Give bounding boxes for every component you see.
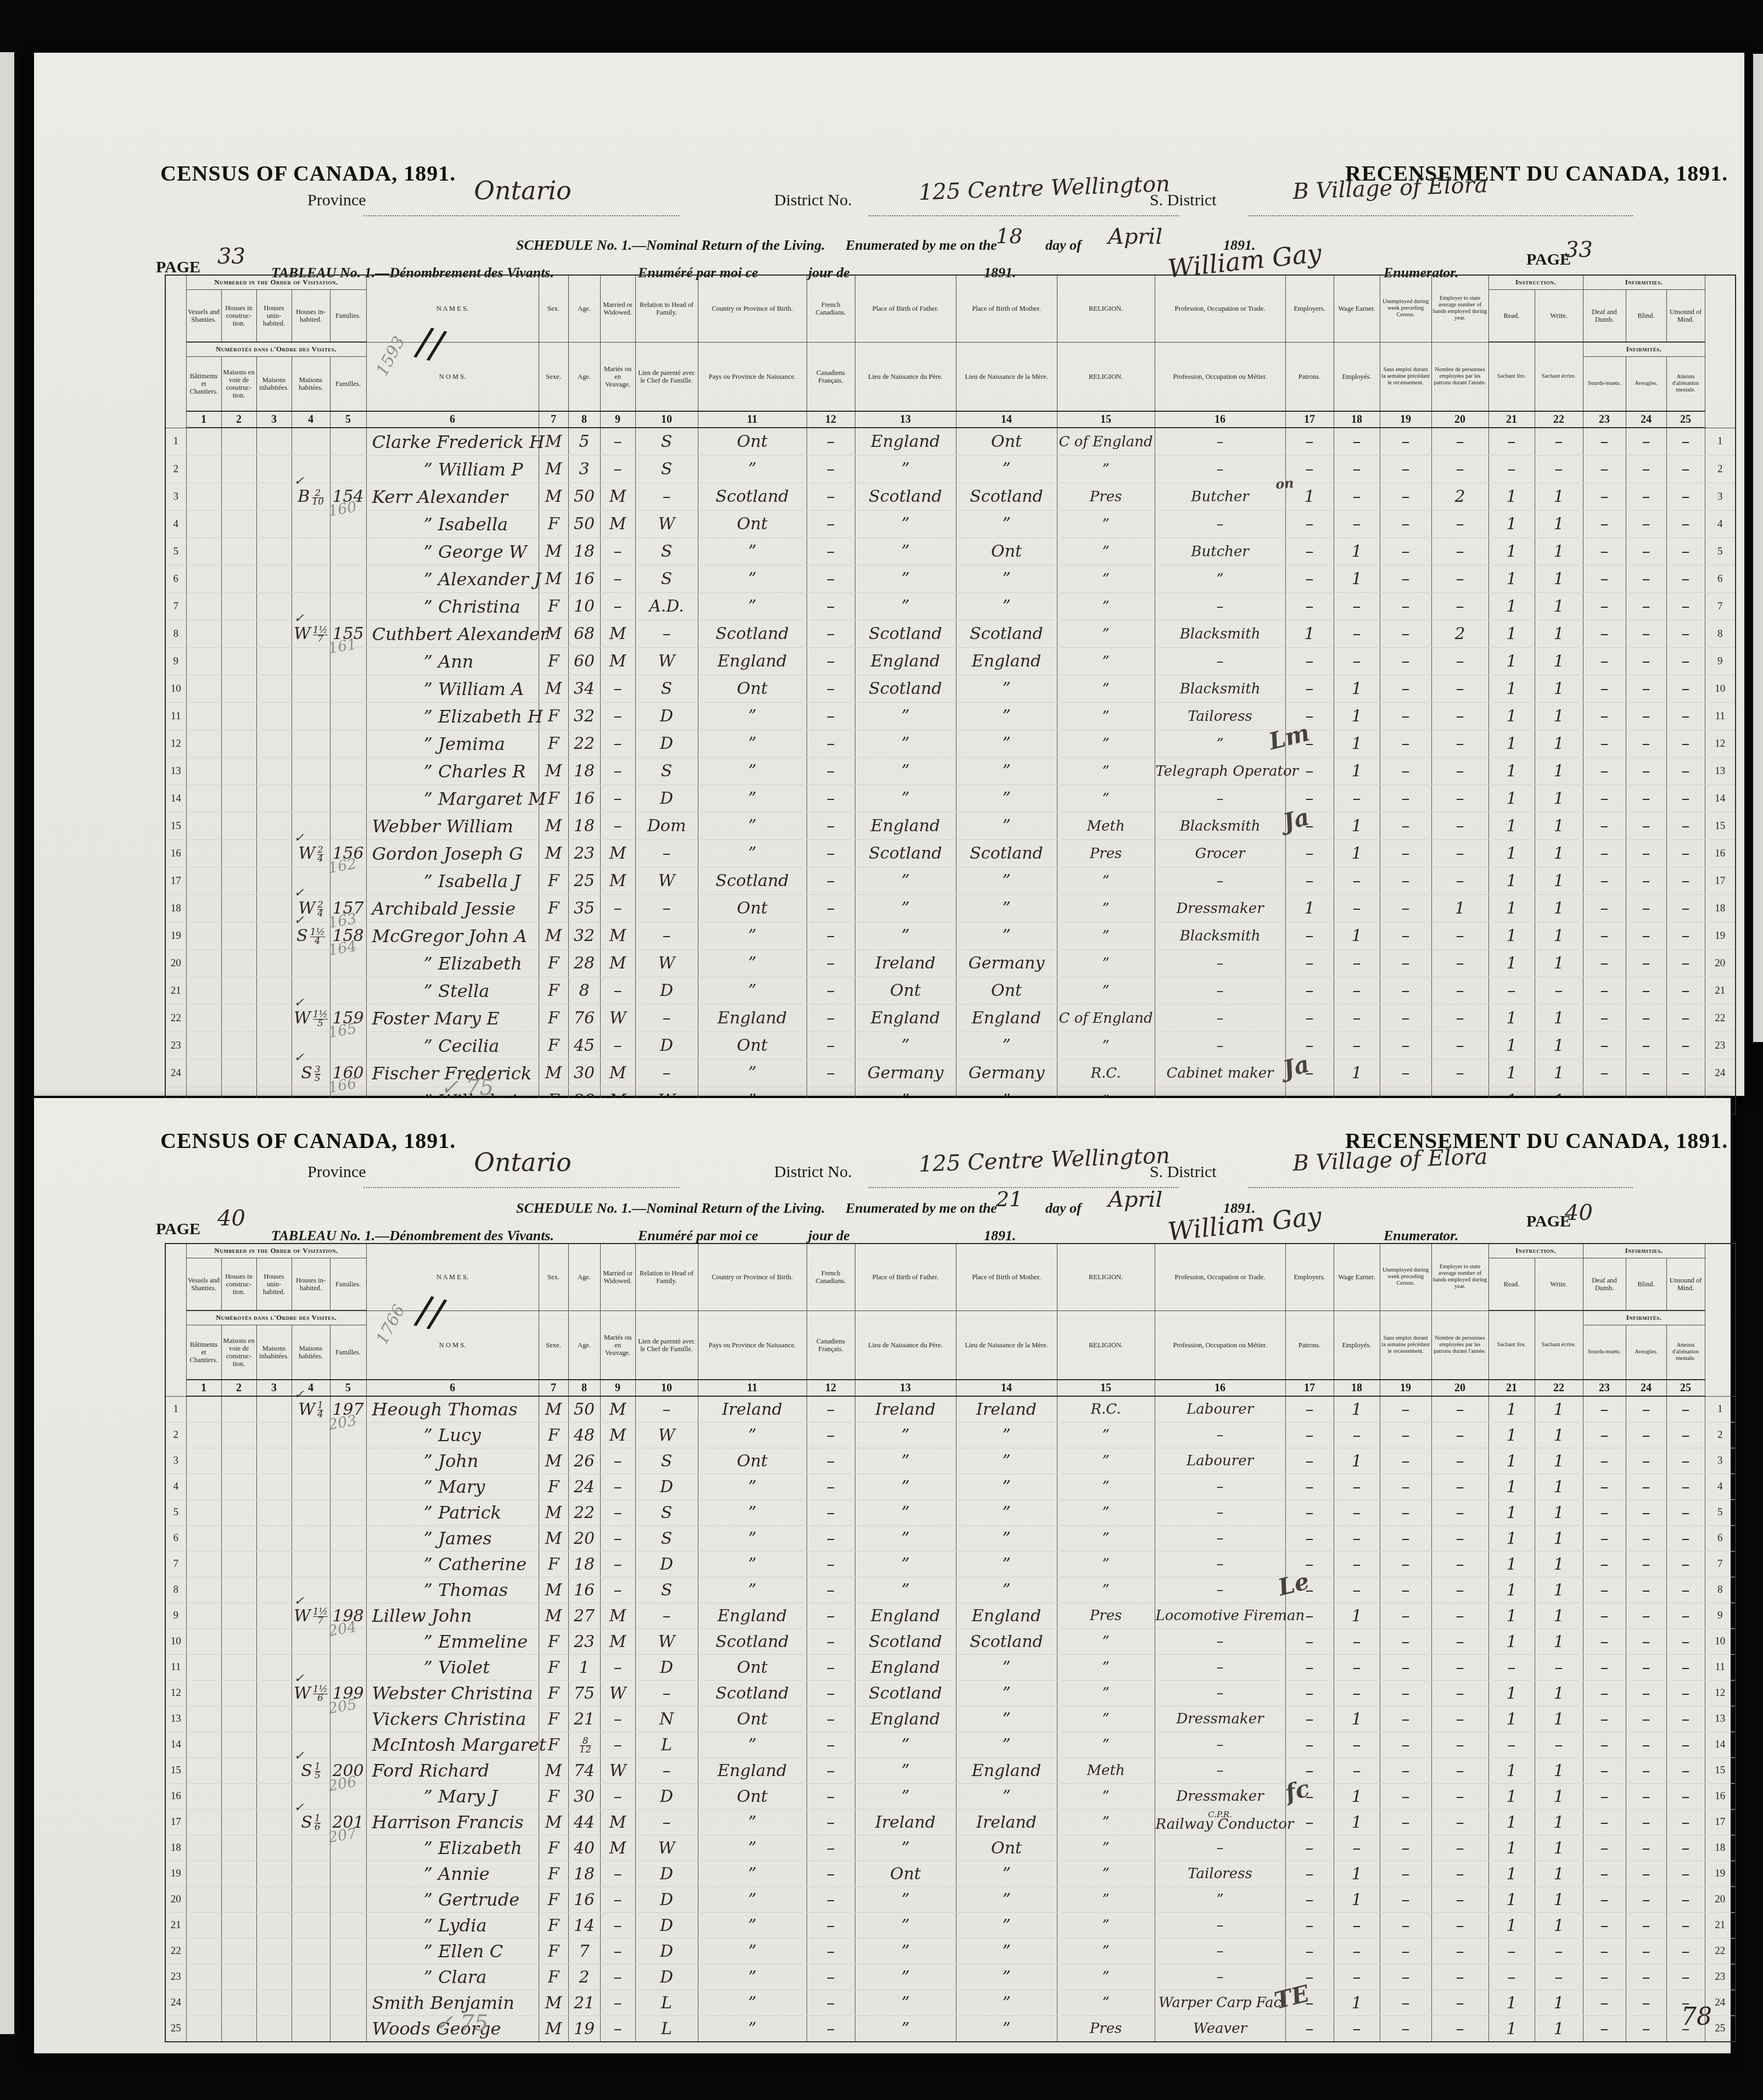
cell-age: 48: [568, 1423, 600, 1448]
cell-houses-uninhabited: [256, 950, 292, 977]
col-header-en-10: Relation to Head of Family.: [635, 1244, 698, 1311]
cell-blind: –: [1626, 1913, 1666, 1939]
page-number-left: 40: [217, 1206, 245, 1231]
cell-wage-earner: –: [1334, 2016, 1380, 2042]
scan-right-edge: [1753, 54, 1763, 1042]
cell-unemployed: –: [1380, 703, 1431, 730]
cell-employer: –: [1285, 1005, 1334, 1032]
cell-deaf-dumb: –: [1583, 1655, 1626, 1681]
cell-relation: S: [635, 456, 698, 483]
cell-religion: ”: [1057, 1706, 1155, 1732]
cell-married-widowed: –: [600, 675, 635, 703]
row-number-left: 12: [165, 1681, 186, 1706]
cell-vessels: [186, 1474, 221, 1500]
cell-religion: R.C.: [1057, 1396, 1155, 1423]
cell-houses-construction: [221, 785, 256, 813]
cell-houses-uninhabited: [256, 2016, 292, 2042]
table-row: 19✓S1½4158164McGregor John AM32M–”–”””Bl…: [165, 922, 1736, 950]
cell-houses-construction: [221, 1655, 256, 1681]
col-header-en-19: Unemployed during week preceding Census.: [1380, 275, 1431, 342]
cell-wage-earner: –: [1334, 1732, 1380, 1758]
cell-sex: F: [539, 895, 568, 922]
cell-houses-uninhabited: [256, 1706, 292, 1732]
cell-mother-birth: ”: [956, 1861, 1057, 1887]
cell-religion: ”: [1057, 1681, 1155, 1706]
col-number-14: 14: [956, 1380, 1057, 1396]
col-header-fr-14: Lieu de Naissance de la Mère.: [956, 1311, 1057, 1380]
cell-houses-construction: [221, 675, 256, 703]
house-value: S15: [301, 1761, 320, 1780]
cell-age: 16: [568, 1577, 600, 1603]
row-number-right: 14: [1705, 1732, 1736, 1758]
cell-profession: –: [1155, 785, 1285, 813]
cell-blind: –: [1626, 813, 1666, 840]
col-header-en-21: Read.: [1488, 289, 1535, 342]
cell-sex: F: [539, 1732, 568, 1758]
cell-blind: –: [1626, 1939, 1666, 1964]
col-header-fr-17: Patrons.: [1285, 342, 1334, 411]
cell-french-canadian: –: [807, 703, 855, 730]
cell-age: 16: [568, 1887, 600, 1913]
cell-relation: –: [635, 1758, 698, 1784]
cell-father-birth: ”: [855, 1990, 956, 2016]
group-visitation-fr: Numérotés dans l'Ordre des Visites.: [186, 1311, 366, 1325]
cell-employer: –: [1285, 593, 1334, 620]
cell-mother-birth: ”: [956, 1552, 1057, 1577]
cell-relation: W: [635, 511, 698, 538]
col-number-3: 3: [256, 411, 292, 428]
cell-deaf-dumb: –: [1583, 1784, 1626, 1810]
cell-houses-uninhabited: [256, 730, 292, 758]
row-number-gutter: [165, 275, 186, 428]
col-header-en-1: Vessels and Shanties.: [186, 289, 221, 342]
cell-religion: R.C.: [1057, 1060, 1155, 1087]
cell-blind: –: [1626, 950, 1666, 977]
cell-vessels: [186, 456, 221, 483]
cell-unemployed: –: [1380, 1964, 1431, 1990]
cell-birth-place: ”: [698, 1964, 807, 1990]
cell-sex: F: [539, 1032, 568, 1060]
cell-unsound-mind: –: [1666, 675, 1705, 703]
cell-deaf-dumb: –: [1583, 511, 1626, 538]
row-number-left: 21: [165, 1913, 186, 1939]
cell-unsound-mind: –: [1666, 1887, 1705, 1913]
cell-religion: ”: [1057, 703, 1155, 730]
cell-write: 1: [1535, 950, 1583, 977]
cell-married-widowed: –: [600, 1732, 635, 1758]
row-number-left: 21: [165, 977, 186, 1005]
col-number-22: 22: [1535, 411, 1583, 428]
cell-father-birth: England: [855, 1603, 956, 1629]
cell-mother-birth: ”: [956, 1423, 1057, 1448]
cell-birth-place: Ont: [698, 1784, 807, 1810]
subdistrict-value: B Village of Elora: [1247, 171, 1533, 206]
cell-blind: –: [1626, 1474, 1666, 1500]
cell-birth-place: England: [698, 1603, 807, 1629]
cell-vessels: [186, 1964, 221, 1990]
cell-houses-uninhabited: [256, 565, 292, 593]
cell-employer: –: [1285, 1732, 1334, 1758]
census-table-page-40: Numbered in the Order of Visitation.N A …: [165, 1243, 1736, 2042]
cell-family-number: [330, 1732, 366, 1758]
cell-birth-place: ”: [698, 922, 807, 950]
col-header-fr-9: Mariés ou en Veuvage.: [600, 1311, 635, 1380]
house-value: B210: [298, 487, 324, 506]
cell-unemployed: –: [1380, 895, 1431, 922]
row-number-right: 4: [1705, 511, 1736, 538]
cell-write: 1: [1535, 758, 1583, 785]
cell-unemployed: –: [1380, 620, 1431, 648]
cell-birth-place: ”: [698, 1423, 807, 1448]
cell-married-widowed: –: [600, 1500, 635, 1526]
cell-blind: –: [1626, 785, 1666, 813]
cell-father-birth: ”: [855, 1835, 956, 1861]
ruled-line: [363, 215, 679, 216]
row-number-right: 24: [1705, 1060, 1736, 1087]
col-header-fr-24: Aveu­gles.: [1626, 356, 1666, 411]
cell-read: 1: [1488, 840, 1535, 867]
cell-religion: ”: [1057, 922, 1155, 950]
house-entry: ✓W1½7: [292, 620, 330, 648]
cell-hands-employed: –: [1431, 1060, 1488, 1087]
col-number-9: 9: [600, 1380, 635, 1396]
fraction-bottom: 10: [312, 498, 324, 506]
cell-mother-birth: England: [956, 1603, 1057, 1629]
cell-wage-earner: 1: [1334, 813, 1380, 840]
col-header-fr-18: Employés.: [1334, 342, 1380, 411]
col-header-en-22: Write.: [1535, 1258, 1583, 1311]
cell-religion: ”: [1057, 1732, 1155, 1758]
cell-houses-uninhabited: [256, 1005, 292, 1032]
cell-mother-birth: ”: [956, 1706, 1057, 1732]
cell-deaf-dumb: –: [1583, 1964, 1626, 1990]
cell-deaf-dumb: –: [1583, 483, 1626, 511]
cell-houses-construction: [221, 730, 256, 758]
cell-relation: S: [635, 538, 698, 565]
cell-read: 1: [1488, 1681, 1535, 1706]
col-header-fr-11: Pays ou Province de Naissance.: [698, 342, 807, 411]
cell-age: 50: [568, 1396, 600, 1423]
row-number-right: 12: [1705, 730, 1736, 758]
cell-sex: F: [539, 1861, 568, 1887]
footer-tally-pencil: ✓ 75: [440, 1075, 494, 1100]
cell-age: 60: [568, 648, 600, 675]
cell-hands-employed: –: [1431, 703, 1488, 730]
cell-unsound-mind: –: [1666, 483, 1705, 511]
cell-mother-birth: Germany: [956, 950, 1057, 977]
cell-deaf-dumb: –: [1583, 785, 1626, 813]
col-number-23: 23: [1583, 1380, 1626, 1396]
row-number-left: 11: [165, 703, 186, 730]
fraction: 210: [312, 489, 324, 506]
row-number-right: 3: [1705, 483, 1736, 511]
cell-father-birth: Germany: [855, 1060, 956, 1087]
cell-unemployed: –: [1380, 840, 1431, 867]
row-number-gutter: [1705, 275, 1736, 428]
cell-vessels: [186, 1732, 221, 1758]
row-number-right: 12: [1705, 1681, 1736, 1706]
cell-hands-employed: –: [1431, 675, 1488, 703]
cell-houses-uninhabited: [256, 703, 292, 730]
cell-mother-birth: Ireland: [956, 1396, 1057, 1423]
cell-married-widowed: W: [600, 1681, 635, 1706]
row-number-right: 10: [1705, 675, 1736, 703]
table-row: 9” AnnF60MWEngland–EnglandEngland”–––––1…: [165, 648, 1736, 675]
cell-birth-place: ”: [698, 565, 807, 593]
col-number-18: 18: [1334, 1380, 1380, 1396]
cell-read: 1: [1488, 538, 1535, 565]
cell-vessels: [186, 593, 221, 620]
col-number-10: 10: [635, 411, 698, 428]
cell-married-widowed: –: [600, 1474, 635, 1500]
cell-name: ” John: [366, 1448, 539, 1474]
fraction-bottom: 12: [579, 1746, 591, 1754]
col-header-fr-14: Lieu de Naissance de la Mère.: [956, 342, 1057, 411]
cell-age: 21: [568, 1706, 600, 1732]
cell-hands-employed: –: [1431, 730, 1488, 758]
cell-married-widowed: –: [600, 1939, 635, 1964]
cell-unsound-mind: –: [1666, 703, 1705, 730]
cell-read: 1: [1488, 648, 1535, 675]
cell-vessels: [186, 538, 221, 565]
province-value: Ontario: [396, 1147, 649, 1177]
cell-mother-birth: Scotland: [956, 483, 1057, 511]
cell-hands-employed: –: [1431, 2016, 1488, 2042]
cell-age: 22: [568, 730, 600, 758]
row-number-left: 7: [165, 593, 186, 620]
house-entry: [292, 2016, 330, 2042]
cell-vessels: [186, 1835, 221, 1861]
cell-age: 68: [568, 620, 600, 648]
cell-blind: –: [1626, 1060, 1666, 1087]
group-infirmities-fr: Infirmités.: [1583, 1311, 1705, 1325]
cell-houses-construction: [221, 1990, 256, 2016]
cell-mother-birth: ”: [956, 1964, 1057, 1990]
province-value: Ontario: [396, 176, 649, 205]
cell-french-canadian: –: [807, 1474, 855, 1500]
cell-sex: M: [539, 1060, 568, 1087]
cell-french-canadian: –: [807, 1835, 855, 1861]
cell-wage-earner: –: [1334, 1500, 1380, 1526]
cell-name: ” Christina: [366, 593, 539, 620]
col-number-7: 7: [539, 1380, 568, 1396]
cell-unsound-mind: –: [1666, 813, 1705, 840]
row-number-left: 24: [165, 1060, 186, 1087]
cell-profession: Warper Carp FacTE: [1155, 1990, 1285, 2016]
cell-age: 30: [568, 1784, 600, 1810]
cell-unemployed: –: [1380, 675, 1431, 703]
cell-unemployed: –: [1380, 1939, 1431, 1964]
col-header-fr-3: Maisons in­habitées.: [256, 1325, 292, 1380]
col-header-en-20: Employer to state average number of hand…: [1431, 1244, 1488, 1311]
table-row: 12✓W1½6199205Webster ChristinaF75W–Scotl…: [165, 1681, 1736, 1706]
cell-age: 32: [568, 703, 600, 730]
row-number-right: 7: [1705, 593, 1736, 620]
row-number-left: 18: [165, 1835, 186, 1861]
cell-deaf-dumb: –: [1583, 1758, 1626, 1784]
cell-unemployed: –: [1380, 428, 1431, 456]
cell-profession: –: [1155, 867, 1285, 895]
checkmark: ✓: [294, 1388, 304, 1402]
cell-profession: –: [1155, 648, 1285, 675]
cell-french-canadian: –: [807, 1629, 855, 1655]
cell-write: 1: [1535, 840, 1583, 867]
census-sheet-page-40: CENSUS OF CANADA, 1891. RECENSEMENT DU C…: [34, 1098, 1731, 2053]
cell-profession: ”: [1155, 1887, 1285, 1913]
cell-blind: –: [1626, 1005, 1666, 1032]
cell-religion: Pres: [1057, 1603, 1155, 1629]
enumerated-on-label: Enumerated by me on the: [846, 237, 997, 254]
cell-religion: ”: [1057, 867, 1155, 895]
cell-father-birth: ”: [855, 565, 956, 593]
table-row: 25Woods GeorgeM19–L”–””PresWeaver––––11–…: [165, 2016, 1736, 2042]
cell-father-birth: Ont: [855, 977, 956, 1005]
cell-french-canadian: –: [807, 1681, 855, 1706]
cell-married-widowed: –: [600, 1913, 635, 1939]
cell-married-widowed: M: [600, 1835, 635, 1861]
cell-profession: Butcher: [1155, 538, 1285, 565]
col-header-en-13: Place of Birth of Father.: [855, 1244, 956, 1311]
cell-family-number: [330, 1526, 366, 1552]
cell-unsound-mind: –: [1666, 1655, 1705, 1681]
cell-write: 1: [1535, 483, 1583, 511]
col-header-fr-21: Sachant lire.: [1488, 1311, 1535, 1380]
row-number-left: 6: [165, 565, 186, 593]
cell-sex: M: [539, 840, 568, 867]
cell-profession: Grocer: [1155, 840, 1285, 867]
table-row: 14McIntosh MargaretF812–L”–”””––––––––––…: [165, 1732, 1736, 1758]
cell-unemployed: –: [1380, 1005, 1431, 1032]
cell-read: –: [1488, 1655, 1535, 1681]
row-number-right: 1: [1705, 1396, 1736, 1423]
col-header-fr-22: Sachant écrire.: [1535, 1311, 1583, 1380]
cell-french-canadian: –: [807, 813, 855, 840]
cell-read: 1: [1488, 1060, 1535, 1087]
page-label-left: PAGE: [156, 1220, 200, 1239]
cell-deaf-dumb: –: [1583, 648, 1626, 675]
cell-blind: –: [1626, 620, 1666, 648]
col-header-en-2: Houses in construc­tion.: [221, 289, 256, 342]
cell-unsound-mind: –: [1666, 511, 1705, 538]
cell-father-birth: England: [855, 1655, 956, 1681]
cell-deaf-dumb: –: [1583, 2016, 1626, 2042]
col-number-24: 24: [1626, 1380, 1666, 1396]
cell-name: ” Margaret M: [366, 785, 539, 813]
cell-father-birth: Ireland: [855, 950, 956, 977]
table-row: 10” William AM34–SOnt–Scotland””Blacksmi…: [165, 675, 1736, 703]
col-header-en-9: Married or Widowed.: [600, 275, 635, 342]
cell-unsound-mind: –: [1666, 1629, 1705, 1655]
cell-father-birth: ”: [855, 1526, 956, 1552]
cell-birth-place: England: [698, 1005, 807, 1032]
house-entry: [292, 703, 330, 730]
cell-wage-earner: –: [1334, 867, 1380, 895]
cell-vessels: [186, 1861, 221, 1887]
cell-deaf-dumb: –: [1583, 675, 1626, 703]
cell-mother-birth: Scotland: [956, 840, 1057, 867]
cell-houses-uninhabited: [256, 511, 292, 538]
cell-unsound-mind: –: [1666, 1835, 1705, 1861]
cell-unemployed: –: [1380, 785, 1431, 813]
col-header-en-1: Vessels and Shanties.: [186, 1258, 221, 1311]
cell-family-number: [330, 1964, 366, 1990]
cell-houses-uninhabited: [256, 922, 292, 950]
cell-sex: F: [539, 703, 568, 730]
cell-houses-uninhabited: [256, 758, 292, 785]
cell-religion: ”: [1057, 1913, 1155, 1939]
cell-blind: –: [1626, 977, 1666, 1005]
cell-family-number: [330, 1474, 366, 1500]
cell-french-canadian: –: [807, 648, 855, 675]
col-header-en-18: Wage Earner.: [1334, 1244, 1380, 1311]
cell-houses-construction: [221, 1396, 256, 1423]
row-number-left: 17: [165, 1810, 186, 1835]
cell-hands-employed: –: [1431, 1005, 1488, 1032]
cell-houses-construction: [221, 977, 256, 1005]
col-header-en-10: Relation to Head of Family.: [635, 275, 698, 342]
cell-relation: D: [635, 1474, 698, 1500]
cell-read: 1: [1488, 2016, 1535, 2042]
cell-religion: ”: [1057, 538, 1155, 565]
ruled-line: [869, 215, 1179, 216]
cell-name: Archibald Jessie: [366, 895, 539, 922]
cell-sex: M: [539, 538, 568, 565]
cell-houses-uninhabited: [256, 1526, 292, 1552]
cell-french-canadian: –: [807, 1861, 855, 1887]
cell-unsound-mind: –: [1666, 1732, 1705, 1758]
cell-mother-birth: England: [956, 648, 1057, 675]
col-header-fr-15: RELIGION.: [1057, 1311, 1155, 1380]
cell-houses-construction: [221, 895, 256, 922]
cell-deaf-dumb: –: [1583, 593, 1626, 620]
cell-deaf-dumb: –: [1583, 1810, 1626, 1835]
cell-blind: –: [1626, 840, 1666, 867]
cell-relation: D: [635, 1655, 698, 1681]
cell-blind: –: [1626, 565, 1666, 593]
cell-vessels: [186, 1629, 221, 1655]
cell-profession: –: [1155, 1939, 1285, 1964]
cell-vessels: [186, 1060, 221, 1087]
cell-name: ” Stella: [366, 977, 539, 1005]
cell-employer: –: [1285, 1835, 1334, 1861]
cell-blind: –: [1626, 1526, 1666, 1552]
cell-read: 1: [1488, 813, 1535, 840]
cell-hands-employed: –: [1431, 1500, 1488, 1526]
cell-mother-birth: England: [956, 1758, 1057, 1784]
cell-unsound-mind: –: [1666, 1964, 1705, 1990]
cell-vessels: [186, 758, 221, 785]
cell-write: 1: [1535, 1060, 1583, 1087]
house-entry: [292, 1423, 330, 1448]
cell-houses-construction: [221, 1887, 256, 1913]
cell-write: 1: [1535, 703, 1583, 730]
cell-religion: ”: [1057, 1032, 1155, 1060]
cell-family-number: 160166: [330, 1060, 366, 1087]
cell-wage-earner: 1: [1334, 1784, 1380, 1810]
cell-profession: ”: [1155, 565, 1285, 593]
cell-unsound-mind: –: [1666, 620, 1705, 648]
cell-sex: F: [539, 1552, 568, 1577]
cell-read: 1: [1488, 1861, 1535, 1887]
cell-wage-earner: –: [1334, 456, 1380, 483]
row-number-left: 1: [165, 1396, 186, 1423]
cell-relation: W: [635, 1629, 698, 1655]
cell-birth-place: England: [698, 648, 807, 675]
cell-unemployed: –: [1380, 813, 1431, 840]
house-value: S35: [301, 1063, 320, 1083]
cell-deaf-dumb: –: [1583, 428, 1626, 456]
cell-father-birth: England: [855, 1706, 956, 1732]
